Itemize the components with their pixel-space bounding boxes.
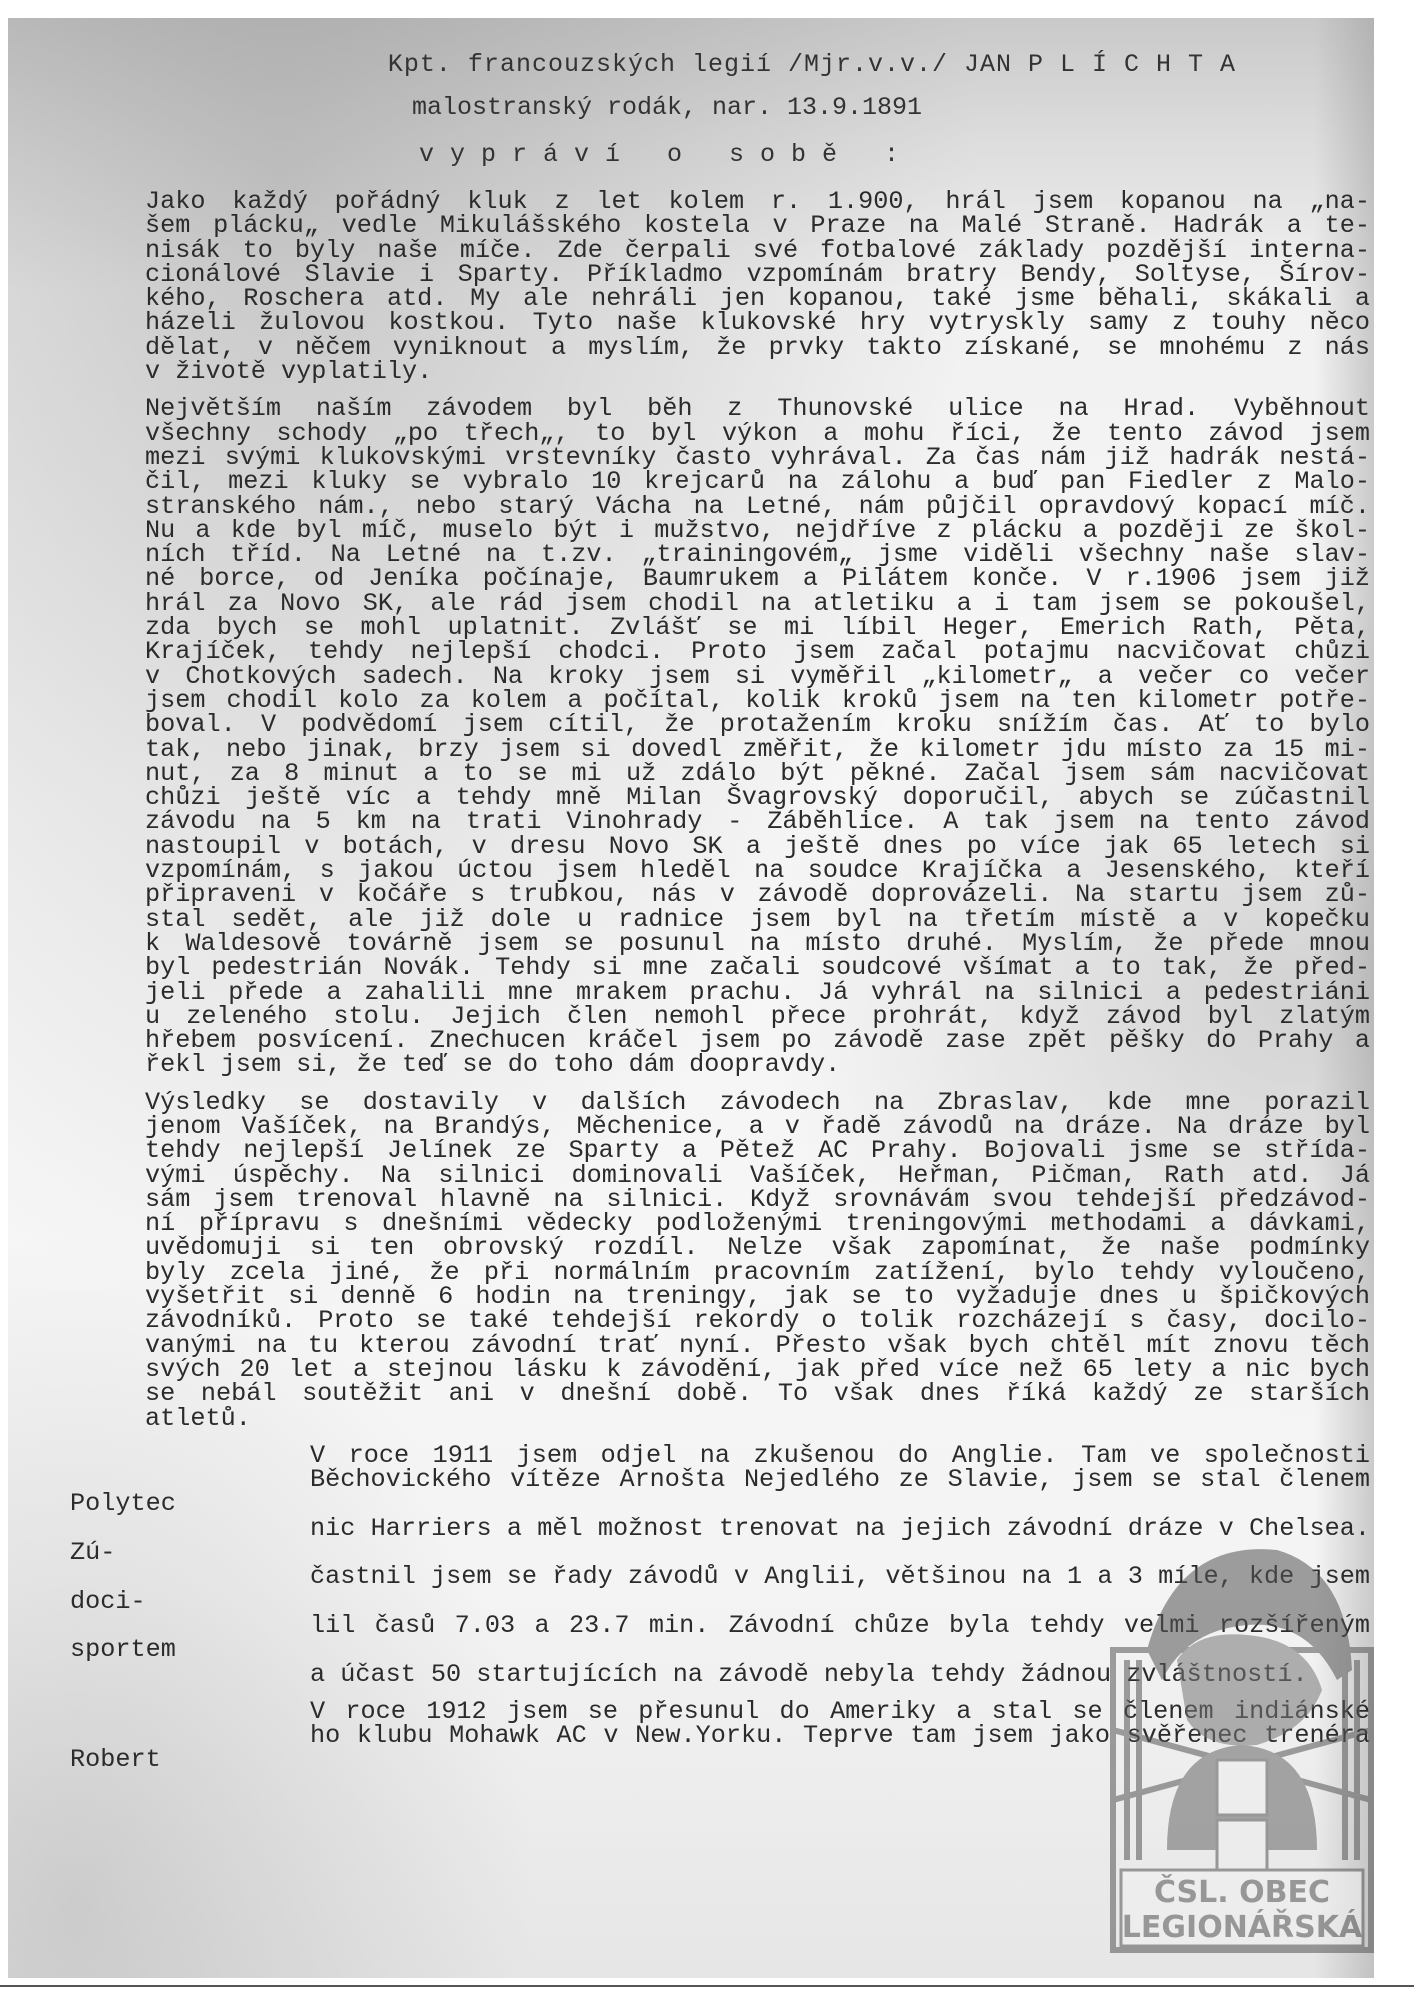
text-line: připraveni v kočáře s trubkou, nás v záv… — [70, 883, 1370, 907]
paragraph: Největším naším závodem byl běh z Thunov… — [70, 397, 1370, 1077]
text-line: šem plácku„ vedle Mikulášského kostela v… — [70, 214, 1370, 238]
text-line: tehdy nejlepší Jelínek ze Sparty a Pětež… — [70, 1139, 1370, 1163]
text-line: byl pedestrián Novák. Tehdy si mne začal… — [70, 956, 1370, 980]
text-line: se nebál soutěžit ani v dnešní době. To … — [70, 1382, 1370, 1406]
document-header: Kpt. francouzských legií /Mjr.v.v./ JAN … — [0, 50, 1414, 169]
watermark-top-text: ČSL. OBEC — [1107, 1875, 1377, 1910]
text-line: závodníků. Proto se také tehdejší rekord… — [70, 1309, 1370, 1333]
paragraph: Výsledky se dostavily v dalších závodech… — [70, 1091, 1370, 1431]
header-birth-line: malostranský rodák, nar. 13.9.1891 — [0, 93, 1414, 122]
page-bottom-edge — [0, 1985, 1414, 1987]
text-line: v životě vyplatily. — [70, 360, 1370, 384]
watermark-bottom-text: LEGIONÁŘSKÁ — [1107, 1910, 1377, 1945]
text-line: řekl jsem si, že teď se do toho dám doop… — [70, 1053, 1370, 1077]
text-line: Krajíček, tehdy nejlepší chodci. Proto j… — [70, 640, 1370, 664]
text-line: čil, mezi kluky se vybralo 10 krejcarů n… — [70, 470, 1370, 494]
paragraph: Jako každý pořádný kluk z let kolem r. 1… — [70, 190, 1370, 384]
watermark: ČSL. OBEC LEGIONÁŘSKÁ — [1107, 1530, 1377, 1960]
text-line: Běchovického vítěze Arnošta Nejedlého ze… — [70, 1468, 1370, 1517]
header-subtitle: vypráví o sobě : — [0, 140, 1414, 169]
header-author-line: Kpt. francouzských legií /Mjr.v.v./ JAN … — [210, 50, 1414, 79]
text-line: atletů. — [70, 1407, 1370, 1431]
text-line: boval. V podvědomí jsem cítil, že protaž… — [70, 713, 1370, 737]
